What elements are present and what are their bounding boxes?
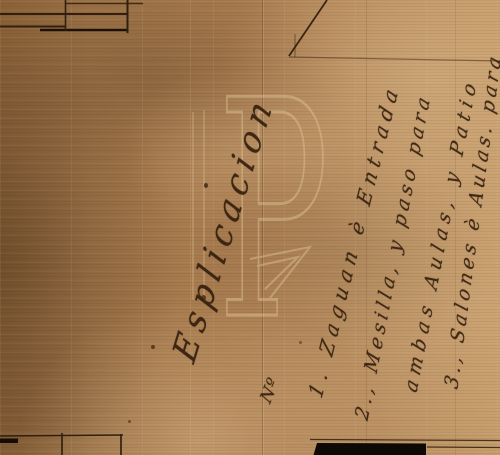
watermark-tail-mark — [250, 247, 310, 298]
laid-paper-highlight-texture — [0, 0, 500, 455]
paper-chain-line — [190, 0, 191, 455]
legend-item-2: 2., Mesilla, y paso para — [349, 89, 437, 424]
manuscript-page: P Esplicacion — [0, 0, 500, 455]
ink-speck — [151, 345, 155, 349]
ink-speck — [299, 341, 302, 344]
bottom-left-thick-mark — [0, 439, 18, 444]
paper-crease — [262, 0, 263, 455]
black-rectangle — [314, 443, 427, 455]
chain-lines-texture — [0, 0, 500, 455]
paper-crease — [366, 0, 367, 455]
numero-label: Nº — [255, 373, 285, 408]
legend-heading: Esplicacion — [167, 89, 280, 368]
legend-item-1: 1. Zaguan è Entrada — [303, 79, 405, 402]
paper-crease — [455, 0, 456, 455]
plan-border-bottom — [0, 433, 500, 455]
ink-speck — [204, 183, 208, 188]
watermark-letter-p: P — [218, 37, 329, 386]
watermark-p: P — [193, 37, 329, 386]
laid-paper-ribbing-texture — [0, 0, 500, 455]
watermark-side-bar — [193, 110, 204, 302]
ink-speck — [128, 420, 131, 423]
paper-crease-highlight — [263, 0, 264, 455]
plan-diagonal-lines — [289, 0, 500, 61]
legend-item-3: 3., Salones è Aulas. para — [439, 49, 500, 392]
plan-border-top-left — [0, 0, 143, 33]
legend-item-2-continued: ambas Aulas, y Patio — [398, 73, 484, 396]
plan-ink-and-watermark-layer: P — [0, 0, 500, 455]
ink-speck — [201, 295, 206, 301]
